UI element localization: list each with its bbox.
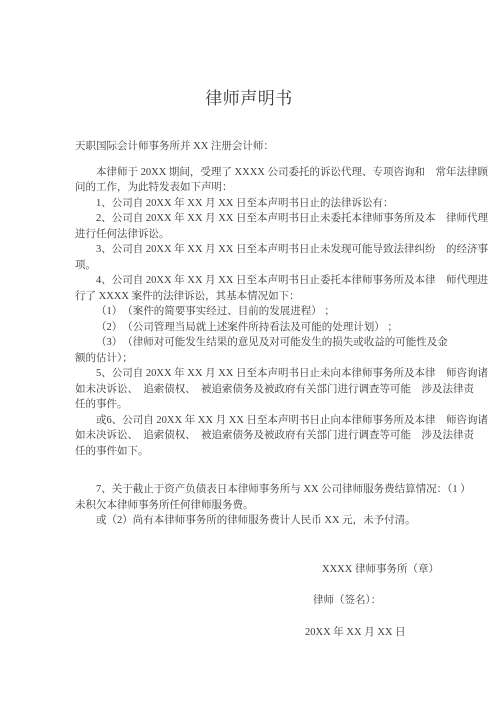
body-line: 未积欠本律师事务所任何律师服务费。 bbox=[75, 498, 431, 514]
body-line: 任的事件。 bbox=[75, 397, 431, 413]
body-line: 3、公司自 20XX 年 XX 月 XX 日至本声明书日止未发现可能导致法律纠纷… bbox=[75, 242, 431, 258]
body-line: 5、公司自 20XX 年 XX 月 XX 日至本声明书日止未向本律师事务所及本律… bbox=[75, 366, 431, 382]
body-line: 进行任何法律诉讼。 bbox=[75, 227, 431, 243]
document-page: 律师声明书 天职国际会计师事务所并 XX 注册会计师： 本律师于 20XX 期间… bbox=[0, 0, 500, 708]
body-line: 如未决诉讼、 追索债权、 被追索债务及被政府有关部门进行调查等可能 涉及法律责 bbox=[75, 428, 431, 444]
body-line: 如未决诉讼、 追索债权、 被追索债务及被政府有关部门进行调查等可能 涉及法律责 bbox=[75, 382, 431, 398]
fees-settlement-section: 7、关于截止于资产负债表日本律师事务所与 XX 公司律师服务费结算情况：（1 ）… bbox=[75, 482, 431, 529]
body-line: 本律师于 20XX 期间，受理了 XXXX 公司委托的诉讼代理、专项咨询和 常年… bbox=[75, 165, 431, 181]
body-line: 行了 XXXX 案件的法律诉讼，其基本情况如下： bbox=[75, 289, 431, 305]
signature-lawyer-line: 律师（签名）： bbox=[75, 593, 431, 609]
body-line: 4、公司自 20XX 年 XX 月 XX 日至本声明书日止委托本律师事务所及本律… bbox=[75, 273, 431, 289]
salutation-line: 天职国际会计师事务所并 XX 注册会计师： bbox=[75, 139, 431, 155]
body-line: （2） （公司管理当局就上述案件所持看法及可能的处理计划） ； bbox=[75, 320, 431, 336]
signature-block: XXXX 律师事务所（章） 律师（签名）： 20XX 年 XX 月 XX 日 bbox=[75, 562, 431, 641]
body-line: 或6、公司自 20XX 年 XX 月 XX 日至本声明书日止向本律师事务所及本律… bbox=[75, 413, 431, 429]
signature-date-line: 20XX 年 XX 月 XX 日 bbox=[75, 625, 431, 641]
body-line: 7、关于截止于资产负债表日本律师事务所与 XX 公司律师服务费结算情况：（1 ） bbox=[75, 482, 431, 498]
body-line: 项。 bbox=[75, 258, 431, 274]
body-line: 额的估计）； bbox=[75, 351, 431, 367]
body-line: （3） （律师对可能发生结果的意见及对可能发生的损失或收益的可能性及金 bbox=[75, 335, 431, 351]
body-line: 2、公司自 20XX 年 XX 月 XX 日至本声明书日止未委托本律师事务所及本… bbox=[75, 211, 431, 227]
body-line: 任的事件如下。 bbox=[75, 444, 431, 460]
body-line: 1、公司自 20XX 年 XX 月 XX 日至本声明书日止的法律诉讼有： bbox=[75, 196, 431, 212]
body-line: （1） （案件的简要事实经过、目前的发展进程） ； bbox=[75, 304, 431, 320]
body-line: 或（2）尚有本律师事务所的律师服务费计人民币 XX 元，未予付清。 bbox=[75, 513, 431, 529]
document-title: 律师声明书 bbox=[75, 86, 441, 112]
document-content: 律师声明书 天职国际会计师事务所并 XX 注册会计师： 本律师于 20XX 期间… bbox=[0, 86, 431, 640]
body-line: 问的工作，为此特发表如下声明： bbox=[75, 180, 431, 196]
statement-body: 本律师于 20XX 期间，受理了 XXXX 公司委托的诉讼代理、专项咨询和 常年… bbox=[75, 165, 431, 460]
signature-firm-line: XXXX 律师事务所（章） bbox=[75, 562, 431, 578]
